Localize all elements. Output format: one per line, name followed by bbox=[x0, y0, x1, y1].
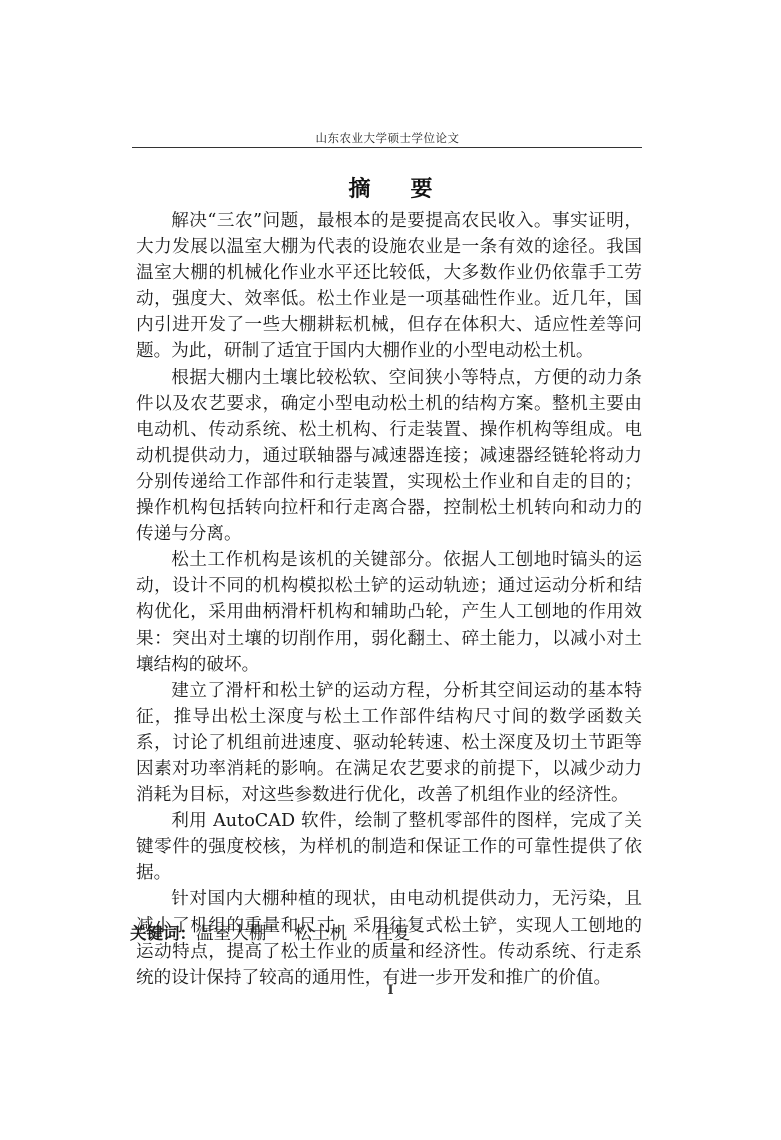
abstract-title: 摘要 bbox=[0, 172, 781, 203]
document-page: 山东农业大学硕士学位论文 摘要 解决“三农”问题，最根本的是要提高农民收入。事实… bbox=[0, 0, 781, 1140]
abstract-paragraph-2: 根据大棚内土壤比较松软、空间狭小等特点，方便的动力条件以及农艺要求，确定小型电动… bbox=[136, 365, 642, 548]
abstract-paragraph-1: 解决“三农”问题，最根本的是要提高农民收入。事实证明，大力发展以温室大棚为代表的… bbox=[136, 208, 642, 365]
keyword-item: 往复 bbox=[375, 924, 410, 944]
keyword-item: 温室大棚 bbox=[196, 924, 266, 944]
keywords-label: 关键词： bbox=[130, 924, 196, 943]
page-number: I bbox=[0, 983, 781, 998]
abstract-paragraph-3: 松土工作机构是该机的关键部分。依据人工刨地时镐头的运动，设计不同的机构模拟松土铲… bbox=[136, 547, 642, 677]
header-rule bbox=[132, 147, 642, 148]
running-header: 山东农业大学硕士学位论文 bbox=[135, 130, 640, 146]
keywords-line: 关键词：温室大棚松土机往复 bbox=[130, 921, 438, 947]
abstract-paragraph-4: 建立了滑杆和松土铲的运动方程，分析其空间运动的基本特征，推导出松土深度与松土工作… bbox=[136, 678, 642, 808]
abstract-body: 解决“三农”问题，最根本的是要提高农民收入。事实证明，大力发展以温室大棚为代表的… bbox=[136, 208, 642, 991]
keyword-item: 松土机 bbox=[294, 924, 347, 944]
abstract-paragraph-5: 利用 AutoCAD 软件，绘制了整机零部件的图样，完成了关键零件的强度校核，为… bbox=[136, 808, 642, 886]
